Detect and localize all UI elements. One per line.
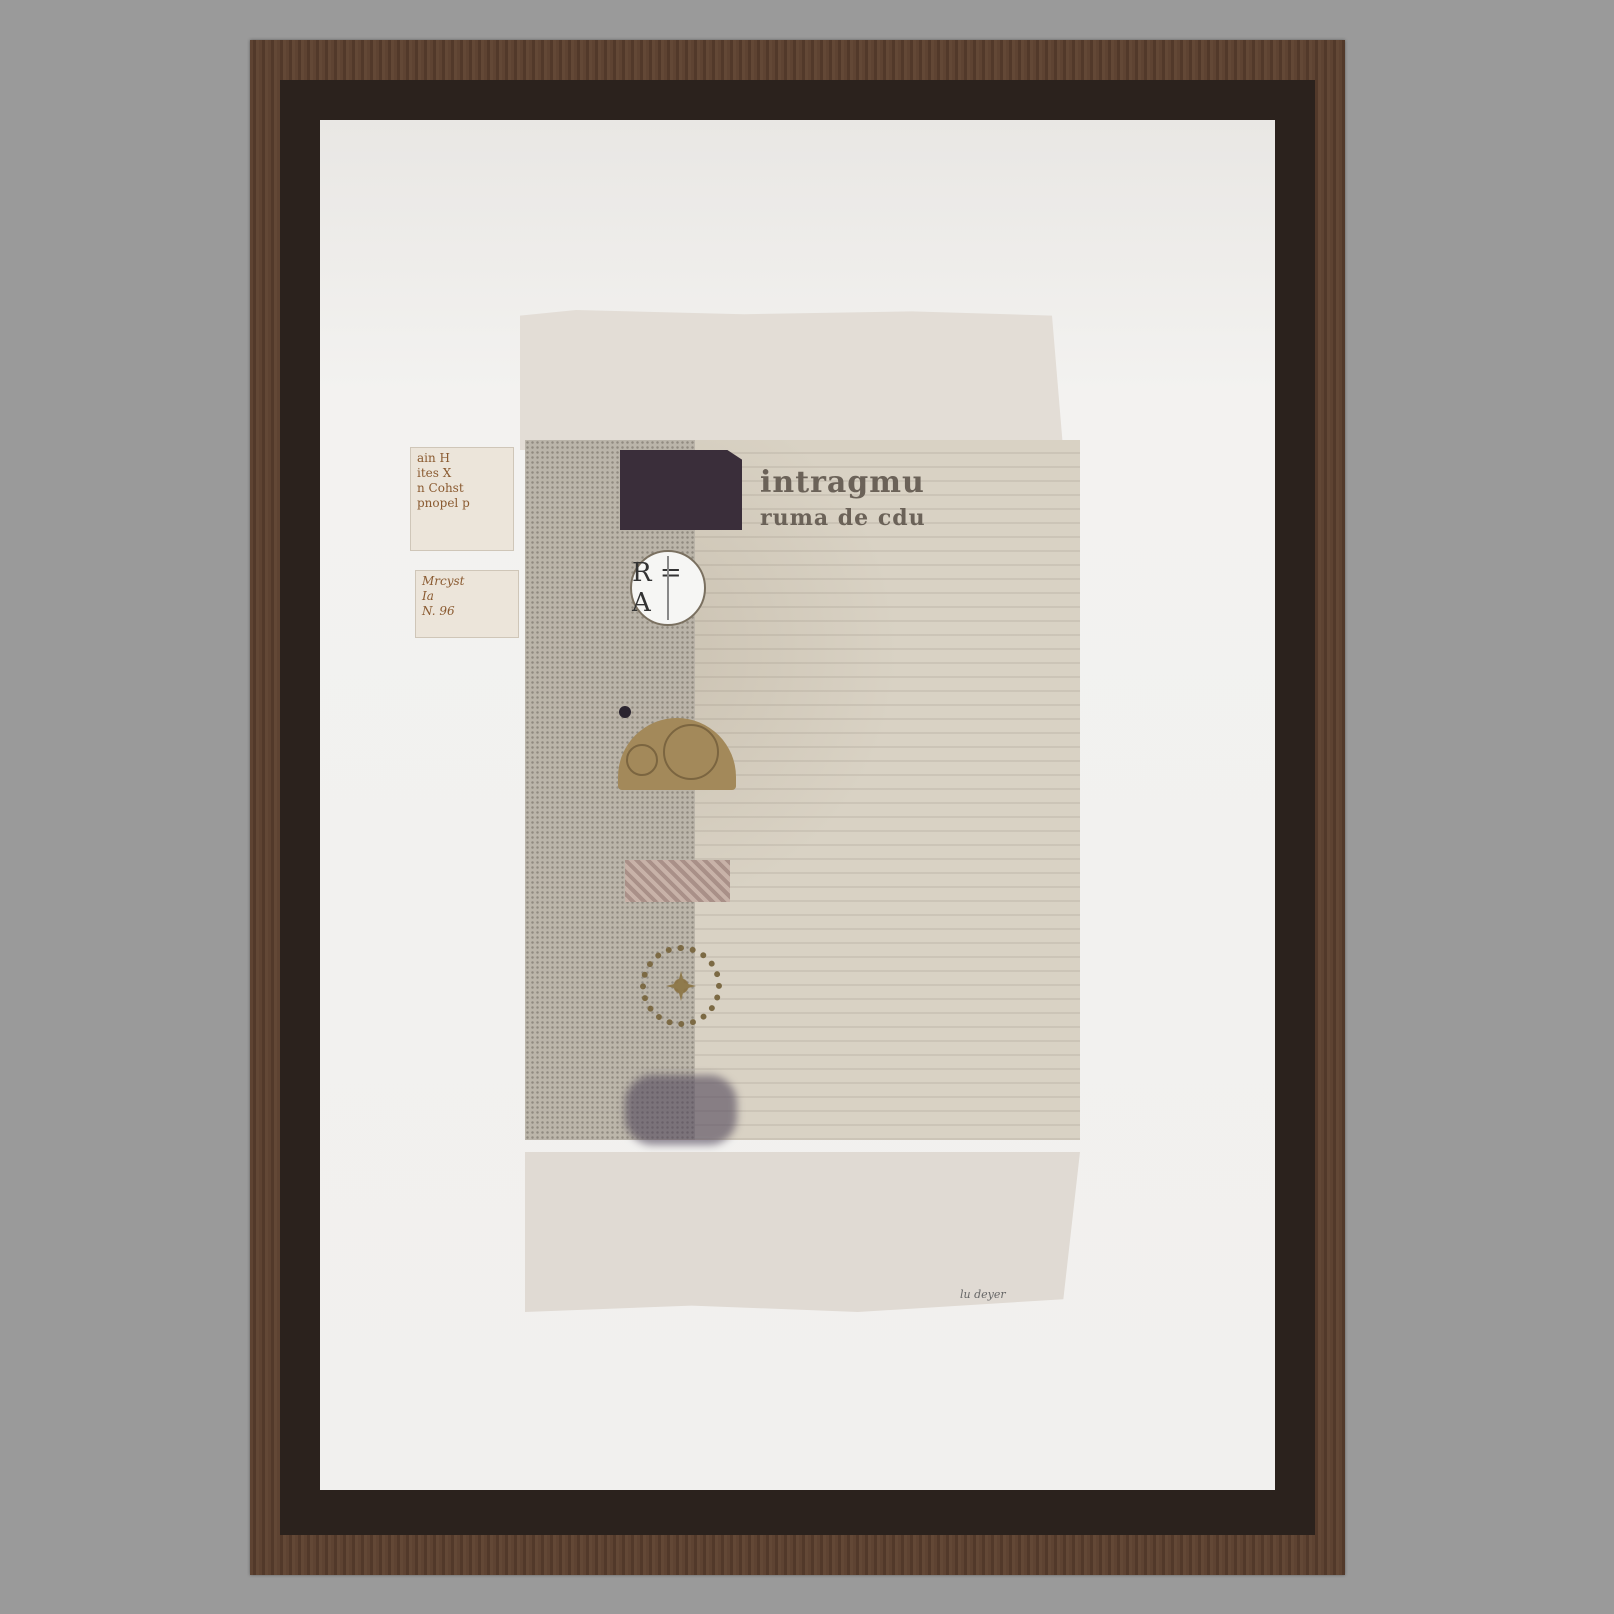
- ink-dot: [619, 706, 631, 718]
- manuscript-heading: intragmu: [760, 465, 925, 500]
- handwritten-label-2: Mrcyst Ia N. 96: [415, 570, 519, 638]
- label-2-line: N. 96: [422, 604, 512, 619]
- grey-smudge: [625, 1075, 737, 1145]
- medal-needle: [667, 556, 669, 620]
- plate-ring-small: [626, 744, 658, 776]
- label-1-line: ain H: [417, 451, 507, 466]
- label-2-line: Mrcyst: [422, 574, 512, 589]
- pink-fabric-strip: [625, 860, 730, 902]
- gear-hub: [666, 971, 696, 1001]
- paper-fragment-top: [520, 310, 1080, 450]
- brass-gear: [640, 945, 722, 1027]
- label-2-line: Ia: [422, 589, 512, 604]
- handwritten-label-1: ain H ites X n Cohst pnopel p: [410, 447, 514, 551]
- plate-ring-large: [663, 724, 719, 780]
- picture-frame: intragmu ruma de cdu ain H ites X n Cohs…: [250, 40, 1345, 1575]
- speckled-strip: [525, 440, 695, 1140]
- label-1-line: ites X: [417, 466, 507, 481]
- mat-board: intragmu ruma de cdu ain H ites X n Cohs…: [320, 120, 1275, 1490]
- label-1-line: n Cohst: [417, 481, 507, 496]
- manuscript-subheading: ruma de cdu: [760, 505, 926, 531]
- enamel-medal: R = A: [630, 550, 706, 626]
- frame-shadow-box: intragmu ruma de cdu ain H ites X n Cohs…: [280, 80, 1315, 1535]
- artist-signature: lu deyer: [960, 1288, 1006, 1301]
- label-1-line: pnopel p: [417, 496, 507, 511]
- dark-purple-patch: [620, 450, 742, 530]
